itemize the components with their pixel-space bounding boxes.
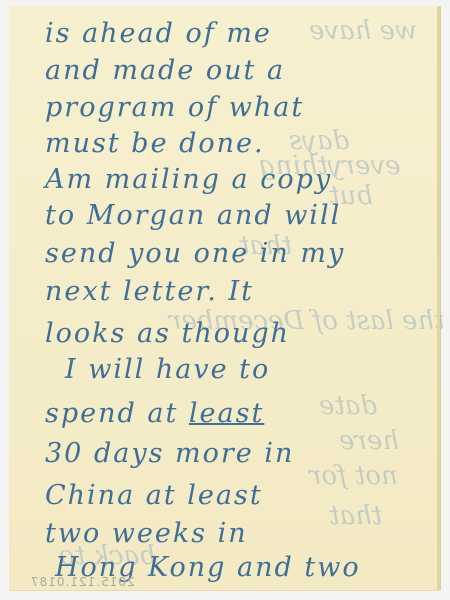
handwritten-line-with-underline: spend at leastspend at least [45,398,264,429]
catalog-number: 2015.121.0187 [30,575,135,589]
handwritten-line: is ahead of me [45,18,272,49]
handwritten-line: must be done. [45,128,265,159]
handwritten-line: next letter. It [45,276,254,307]
handwritten-line: two weeks in [45,518,248,549]
handwritten-line: I will have to [65,354,270,385]
handwritten-line: Am mailing a copy [45,164,332,195]
bleed-through-text: here [339,426,399,456]
underlined-word: least [189,398,264,429]
bleed-through-text: we have [309,16,417,46]
handwritten-line: 30 days more in [45,438,294,469]
bleed-through-text: that [329,501,382,531]
handwritten-line: to Morgan and will [45,200,341,231]
handwritten-line: China at least [45,480,263,511]
handwritten-line: send you one in my [45,238,345,269]
bleed-through-text: date [319,391,377,421]
handwritten-line: and made out a [45,55,285,86]
handwritten-line: program of what [45,92,304,123]
bleed-through-text: not for [309,461,398,491]
handwritten-line: looks as though [45,318,290,349]
